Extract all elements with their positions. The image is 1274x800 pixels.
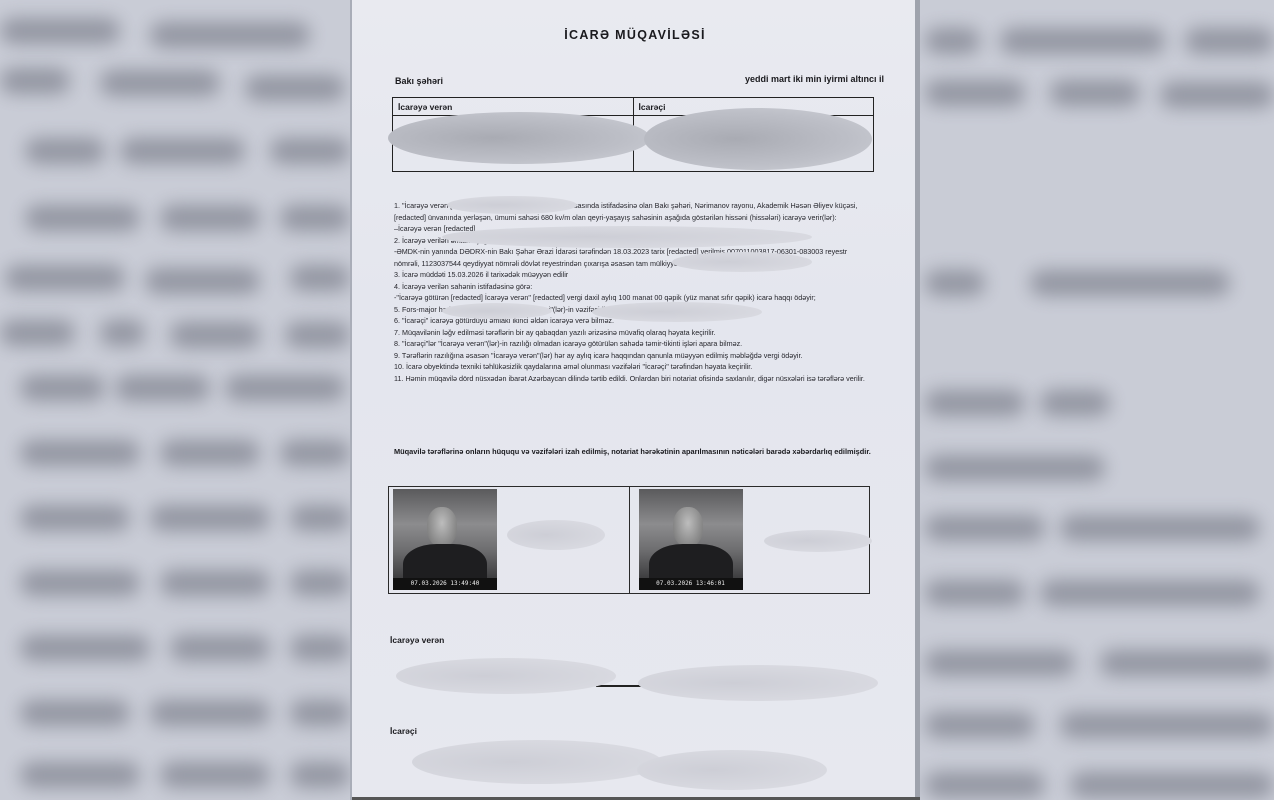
- signature-line: [596, 685, 644, 687]
- clause-7: 7. Müqavilənin ləğv edilməsi tərəflərin …: [394, 327, 874, 339]
- photo-cell-lessee: 07.03.2026 13:46:01: [629, 487, 870, 593]
- redaction-lessor-details: [388, 112, 650, 164]
- photo-timestamp: 07.03.2026 13:46:01: [639, 578, 743, 590]
- photo-timestamp: 07.03.2026 13:49:40: [393, 578, 497, 590]
- redaction-lessor-signature-2: [638, 665, 878, 701]
- notary-notice: Müqavilə tərəflərinə onların hüququ və v…: [394, 447, 872, 457]
- redaction-lessee-signature: [412, 740, 662, 784]
- redaction-lessor-name: [507, 520, 605, 550]
- document-title: İCARƏ MÜQAVİLƏSİ: [352, 28, 918, 42]
- photo-cell-lessor: 07.03.2026 13:49:40: [389, 487, 629, 593]
- city-label: Bakı şəhəri: [395, 76, 443, 86]
- clause-9: 9. Tərəflərin razılığına əsasən "İcarəyə…: [394, 350, 874, 362]
- lessee-signature-label: İcarəçi: [390, 726, 417, 736]
- redaction-lessee-details: [644, 108, 872, 170]
- photo-table: 07.03.2026 13:49:40 07.03.2026 13:46:01: [388, 486, 870, 594]
- redaction-clause-2: [672, 252, 812, 272]
- redaction-clause-1a: [447, 196, 577, 214]
- lessor-photo: 07.03.2026 13:49:40: [393, 489, 497, 590]
- redaction-lessee-name: [764, 530, 872, 552]
- redaction-clause-4b: [592, 302, 762, 322]
- clause-10: 10. İcarə obyektində texniki təhlükəsizl…: [394, 361, 874, 373]
- clause-11: 11. Həmin müqavilə dörd nüsxədən ibarət …: [394, 373, 874, 385]
- redaction-clause-1b: [442, 226, 812, 248]
- contract-date: yeddi mart iki min iyirmi altıncı il: [745, 74, 884, 84]
- redaction-lessee-signature-2: [637, 750, 827, 790]
- clause-8: 8. "İcarəçi"lər "İcarəyə verən"(lər)-in …: [394, 338, 874, 350]
- clause-4-item: -"İcarəyə götürən [redacted] İcarəyə ver…: [394, 292, 874, 304]
- clause-3: 3. İcarə müddəti 15.03.2026 il tarixədək…: [394, 269, 874, 281]
- lessee-photo: 07.03.2026 13:46:01: [639, 489, 743, 590]
- redaction-lessor-signature: [396, 658, 616, 694]
- clause-4: 4. İcarəyə verilən sahənin istifadəsinə …: [394, 281, 874, 293]
- redaction-clause-4a: [442, 303, 552, 319]
- lessor-signature-label: İcarəyə verən: [390, 635, 444, 645]
- page-edge: [915, 0, 920, 800]
- contract-page: İCARƏ MÜQAVİLƏSİ Bakı şəhəri yeddi mart …: [352, 0, 918, 800]
